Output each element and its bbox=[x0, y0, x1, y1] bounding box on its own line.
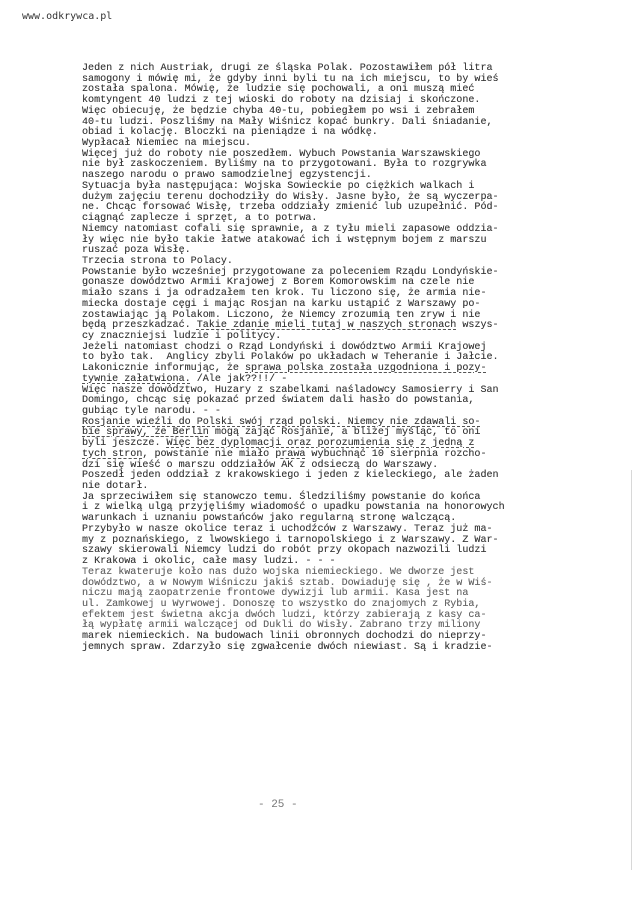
text-segment: Więc nasze dowództwo, Huzary z szabelkam… bbox=[82, 385, 499, 396]
text-segment: dużym zajęciu terenu dochodziły do Wisły… bbox=[82, 192, 499, 203]
source-watermark: www.odkrywca.pl bbox=[22, 11, 112, 22]
typewritten-body-text: Jeden z nich Austriak, drugi ze śląska P… bbox=[82, 64, 640, 654]
text-segment: wszys- bbox=[456, 320, 498, 331]
text-segment: Teraz kwateruje koło nas dużo wojska nie… bbox=[82, 567, 474, 578]
text-line: Poszedł jeden oddział z krakowskiego i j… bbox=[82, 471, 640, 482]
text-segment: , powstanie nie miało bbox=[142, 449, 275, 460]
text-segment: jemnych spraw. Zdarzyło się zgwałcenie d… bbox=[82, 642, 493, 653]
text-segment: mogą zająć Rosjanie, a bliżej myśląc, to… bbox=[209, 427, 481, 438]
text-segment: szawy skierowali Niemcy ludzi do robót p… bbox=[82, 545, 487, 556]
text-segment: gubiąc tyle narodu. - - bbox=[82, 406, 221, 417]
text-segment: komtyngent 40 ludzi z tej wioski do robo… bbox=[82, 95, 480, 106]
text-segment: łą wypłatę armii walczącej od Dukli do W… bbox=[82, 620, 480, 631]
text-segment: Przybyło w nasze okolice teraz i uchodźc… bbox=[82, 524, 493, 535]
text-segment: miecka dostaje cęgi i mając Rosjan na ka… bbox=[82, 299, 480, 310]
text-segment: byli jeszcze. bbox=[82, 438, 167, 449]
text-segment: to było tak. Anglicy zbyli Polaków po uk… bbox=[82, 352, 499, 363]
text-segment: cy znaczniejsi ludzie i politycy. bbox=[82, 331, 281, 342]
underlined-text: Takie zdanie mieli tutaj w naszych stron… bbox=[197, 320, 457, 331]
text-segment: marek niemieckich. Na budowach linii obr… bbox=[82, 631, 487, 642]
underlined-text: tych stron bbox=[82, 449, 142, 460]
text-segment: efektem jest świetna akcja dwóch ludzi, … bbox=[82, 610, 487, 621]
text-segment: 40-tu ludzi. Poszliśmy na Mały Wiśnicz k… bbox=[82, 117, 493, 128]
text-segment: nie był zaskoczeniem. Byliśmy na to przy… bbox=[82, 159, 487, 170]
text-segment: Jeden z nich Austriak, drugi ze śląska P… bbox=[82, 63, 493, 74]
text-segment: zostawiając ją Polakom. Liczono, że Niem… bbox=[82, 310, 480, 321]
text-segment: ul. Zamkowej u Wyrwowej. Donoszę to wszy… bbox=[82, 599, 480, 610]
text-segment: Powstanie było wcześniej przygotowane za… bbox=[82, 267, 499, 278]
text-segment: miało szans i ja odradzałem ten krok. Tu… bbox=[82, 288, 487, 299]
text-segment: Niemcy natomiast cofali się sprawnie, a … bbox=[82, 224, 499, 235]
text-line: jemnych spraw. Zdarzyło się zgwałcenie d… bbox=[82, 643, 640, 654]
text-segment: my z poznańskiego, z lwowskiego i tarnop… bbox=[82, 535, 499, 546]
text-segment: dzi się wieść o marszu oddziałów AK z od… bbox=[82, 460, 438, 471]
text-segment: niczu mają zaopatrzenie frontowe dywizji… bbox=[82, 588, 468, 599]
text-segment: warunkach i uznaniu powstańców jako regu… bbox=[82, 513, 456, 524]
text-segment: Trzecia strona to Polacy. bbox=[82, 256, 233, 267]
text-segment: ruszać poza Wisłę. bbox=[82, 245, 191, 256]
text-segment: nie dotarł. bbox=[82, 481, 148, 492]
text-segment: będą przeszkadzać. bbox=[82, 320, 197, 331]
text-segment: gonasze dowództwo Armii Krajowej z Borem… bbox=[82, 277, 474, 288]
text-segment: dowództwo, a w Nowym Wiśniczu jakiś szta… bbox=[82, 578, 493, 589]
underlined-text: tywnie załatwiona. bbox=[82, 374, 191, 385]
text-segment: wybuchnąć 10 sierpnia rozcho- bbox=[305, 449, 486, 460]
text-segment: Wypłacał Niemiec na miejscu. bbox=[82, 138, 251, 149]
text-segment: i z wielką ulgą przyjęliśmy wiadomość o … bbox=[82, 502, 505, 513]
underlined-text: bie sprawy, że Berlin bbox=[82, 427, 209, 438]
text-segment: ne. Chcąc forsować Wisłę, trzeba oddział… bbox=[82, 202, 499, 213]
underlined-text: prawa bbox=[275, 449, 305, 460]
underlined-text: Więc bez dyplomacji oraz porozumienia si… bbox=[167, 438, 475, 449]
text-segment: Lakonicznie informując, że bbox=[82, 363, 245, 374]
underlined-text: sprawa polska została uzgodniona i pozy- bbox=[245, 363, 487, 374]
text-segment: Domingo, chcąc się pokazać przed światem… bbox=[82, 395, 474, 406]
text-segment: /Ale jak??!!/ - bbox=[191, 374, 288, 385]
text-segment: Sytuacja była następująca: Wojska Sowiec… bbox=[82, 181, 474, 192]
page-number: - 25 - bbox=[258, 799, 298, 811]
text-segment: z Krakowa i okolic, całe masy ludzi. - -… bbox=[82, 556, 336, 567]
text-segment: Więc obiecuję, że będzie chyba 40-tu, po… bbox=[82, 106, 474, 117]
text-segment: Poszedł jeden oddział z krakowskiego i j… bbox=[82, 470, 499, 481]
text-segment: naszego narodu o prawo samodzielnej egzy… bbox=[82, 170, 372, 181]
text-segment: ciągnąć zaplecze i sprzęt, a to potrwa. bbox=[82, 213, 317, 224]
text-segment: została spalona. Mówię, że ludzie się po… bbox=[82, 84, 474, 95]
text-segment: ły więc nie było takie łatwe atakować ic… bbox=[82, 235, 487, 246]
text-segment: obiad i kolację. Bloczki na pieniądze i … bbox=[82, 127, 378, 138]
